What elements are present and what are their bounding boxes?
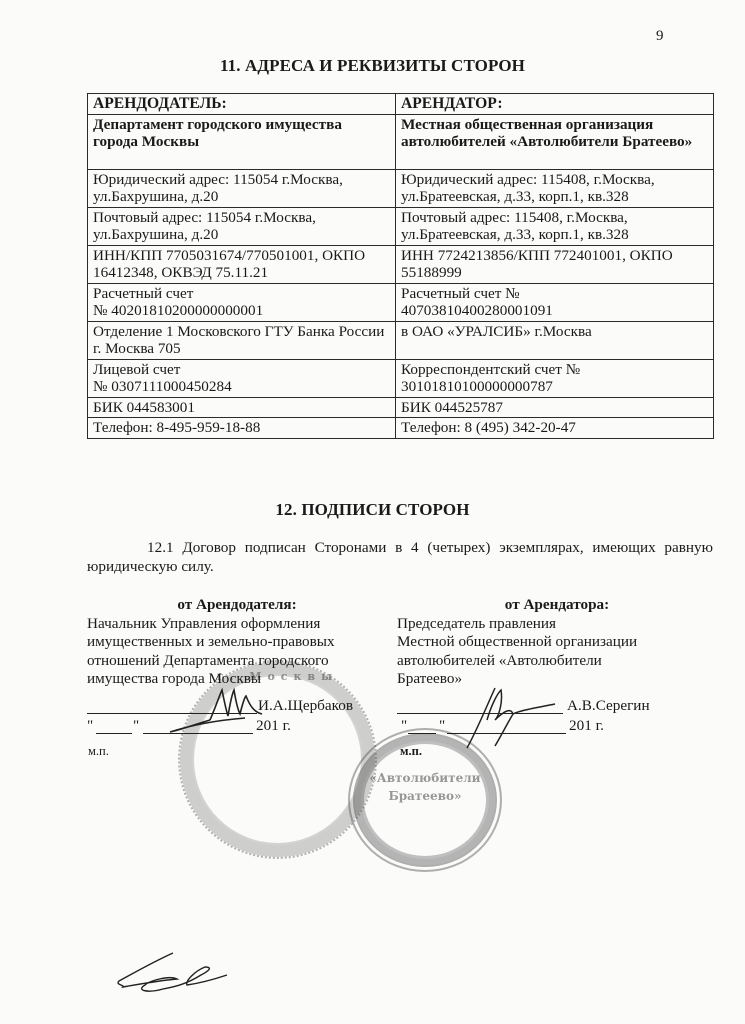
tenant-cell: Юридический адрес: 115408, г.Москва, ул.… [396,169,714,207]
header-landlord: АРЕНДОДАТЕЛЬ: [88,94,396,115]
table-row: Телефон: 8-495-959-18-88Телефон: 8 (495)… [88,418,714,439]
tenant-cell: Местная общественная организация автолюб… [396,114,714,169]
landlord-handwritten-signature [150,680,270,750]
tenant-day-line [408,733,436,734]
table-row: Юридический адрес: 115054 г.Москва, ул.Б… [88,169,714,207]
table-row: Отделение 1 Московского ГТУ Банка России… [88,321,714,359]
tenant-heading: от Арендатора: [397,596,717,615]
landlord-cell: Отделение 1 Московского ГТУ Банка России… [88,321,396,359]
tenant-stamp-line-2: Братеево» [355,789,495,803]
landlord-seal-label: м.п. [88,744,109,759]
tenant-signature-block: от Арендатора: Председатель правления Ме… [397,596,717,689]
landlord-cell: Почтовый адрес: 115054 г.Москва, ул.Бахр… [88,207,396,245]
landlord-cell: Лицевой счет № 0307111000450284 [88,359,396,397]
table-row: БИК 044583001БИК 044525787 [88,397,714,418]
landlord-cell: Расчетный счет № 40201810200000000001 [88,283,396,321]
requisites-table: АРЕНДОДАТЕЛЬ: АРЕНДАТОР: Департамент гор… [87,93,714,439]
tenant-position-line: автолюбителей «Автолюбители [397,652,717,671]
table-header-row: АРЕНДОДАТЕЛЬ: АРЕНДАТОР: [88,94,714,115]
landlord-name: И.А.Щербаков [258,697,353,715]
landlord-cell: ИНН/КПП 7705031674/770501001, ОКПО 16412… [88,245,396,283]
table-row: Почтовый адрес: 115054 г.Москва, ул.Бахр… [88,207,714,245]
landlord-cell: БИК 044583001 [88,397,396,418]
landlord-cell: Департамент городского имущества города … [88,114,396,169]
landlord-cell: Телефон: 8-495-959-18-88 [88,418,396,439]
tenant-date-quote-open: " [401,717,407,735]
tenant-cell: Телефон: 8 (495) 342-20-47 [396,418,714,439]
tenant-date-quote-close: " [439,717,445,735]
table-row: ИНН/КПП 7705031674/770501001, ОКПО 16412… [88,245,714,283]
tenant-stamp-line-1: «Автолюбители [355,771,495,785]
tenant-position-line: Местной общественной организации [397,633,717,652]
initials-signature [115,945,235,995]
table-row: Департамент городского имущества города … [88,114,714,169]
section-12-title: 12. ПОДПИСИ СТОРОН [0,500,745,520]
section-11-title: 11. АДРЕСА И РЕКВИЗИТЫ СТОРОН [0,56,745,76]
landlord-position-line: отношений Департамента городского [87,652,387,671]
clause-12-1: 12.1 Договор подписан Сторонами в 4 (чет… [87,538,713,576]
tenant-cell: Корреспондентский счет № 301018101000000… [396,359,714,397]
tenant-position-line: Председатель правления [397,615,717,634]
header-tenant: АРЕНДАТОР: [396,94,714,115]
tenant-cell: БИК 044525787 [396,397,714,418]
table-row: Лицевой счет № 0307111000450284Корреспон… [88,359,714,397]
tenant-cell: в ОАО «УРАЛСИБ» г.Москва [396,321,714,359]
landlord-day-line [96,733,132,734]
table-row: Расчетный счет № 40201810200000000001Рас… [88,283,714,321]
tenant-handwritten-signature [455,680,575,755]
landlord-cell: Юридический адрес: 115054 г.Москва, ул.Б… [88,169,396,207]
page-number: 9 [656,28,664,45]
landlord-position-line: имущественных и земельно-правовых [87,633,387,652]
landlord-position-line: Начальник Управления оформления [87,615,387,634]
tenant-cell: Расчетный счет № 40703810400280001091 [396,283,714,321]
tenant-cell: ИНН 7724213856/КПП 772401001, ОКПО 55188… [396,245,714,283]
tenant-seal-label: м.п. [400,744,422,759]
landlord-heading: от Арендодателя: [87,596,387,615]
tenant-name: А.В.Серегин [567,697,650,715]
landlord-date-quote-open: " [87,717,93,735]
landlord-signature-block: от Арендодателя: Начальник Управления оф… [87,596,387,689]
tenant-cell: Почтовый адрес: 115408, г.Москва, ул.Бра… [396,207,714,245]
landlord-date-quote-close: " [133,717,139,735]
clause-12-1-text: 12.1 Договор подписан Сторонами в 4 (чет… [87,539,713,575]
